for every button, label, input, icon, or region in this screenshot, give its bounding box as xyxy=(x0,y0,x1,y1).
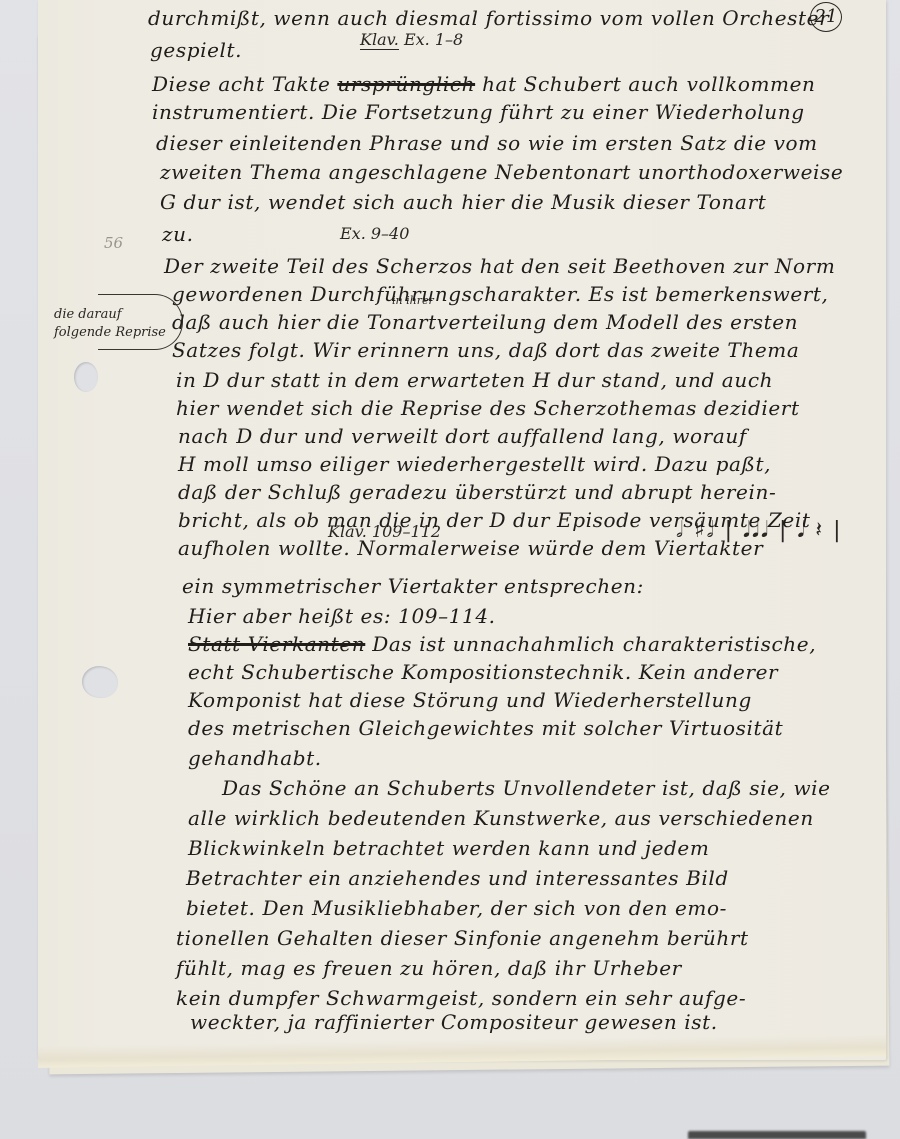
text-line: aufholen wollte. Normalerweise würde dem… xyxy=(178,536,763,560)
reference-klav-1-8: Klav. Ex. 1–8 xyxy=(360,30,463,49)
text-line: durchmißt, wenn auch diesmal fortissimo … xyxy=(148,6,829,30)
text-line: zweiten Thema angeschlagene Nebentonart … xyxy=(160,160,843,184)
text-line: kein dumpfer Schwarmgeist, sondern ein s… xyxy=(176,986,746,1010)
text-line: nach D dur und verweilt dort auffallend … xyxy=(178,424,747,448)
text-line: fühlt, mag es freuen zu hören, daß ihr U… xyxy=(176,956,682,980)
text-line: Statt Vierkanten Das ist unnachahmlich c… xyxy=(188,632,816,656)
punch-hole-top xyxy=(74,362,98,392)
archive-pencil-number: 56 xyxy=(104,234,123,252)
text-line: gehandhabt. xyxy=(188,746,322,770)
text-line: bricht, als ob man die in der D dur Epis… xyxy=(178,508,810,532)
text-line: zu. xyxy=(162,222,194,246)
text-line: G dur ist, wendet sich auch hier die Mus… xyxy=(160,190,766,214)
punch-hole-bottom xyxy=(82,666,118,698)
text-line: ein symmetrischer Viertakter entsprechen… xyxy=(182,574,644,598)
text-line-start: Diese acht Takte xyxy=(152,72,337,96)
reference-range: Ex. 1–8 xyxy=(404,30,463,49)
text-line: Das Schöne an Schuberts Unvollendeter is… xyxy=(222,776,831,800)
text-line: alle wirklich bedeutenden Kunstwerke, au… xyxy=(188,806,814,830)
text-line: Blickwinkeln betrachtet werden kann und … xyxy=(188,836,709,860)
text-line: instrumentiert. Die Fortsetzung führt zu… xyxy=(152,100,805,124)
text-line: Diese acht Takte ursprünglich hat Schube… xyxy=(152,72,816,96)
reference-label: Klav. xyxy=(360,30,399,50)
text-line: bietet. Den Musikliebhaber, der sich von… xyxy=(186,896,727,920)
text-line: daß auch hier die Tonartverteilung dem M… xyxy=(172,310,798,334)
text-line: tionellen Gehalten dieser Sinfonie angen… xyxy=(176,926,749,950)
text-line: H moll umso eiliger wiederhergestellt wi… xyxy=(178,452,771,476)
struck-words: Statt Vierkanten xyxy=(188,632,365,656)
text-line: Betrachter ein anziehendes und interessa… xyxy=(186,866,729,890)
text-line-end: hat Schubert auch vollkommen xyxy=(475,72,815,96)
text-line: Satzes folgt. Wir erinnern uns, daß dort… xyxy=(172,338,799,362)
margin-note: die darauf folgende Reprise xyxy=(54,306,184,342)
text-line: des metrischen Gleichgewichtes mit solch… xyxy=(188,716,783,740)
text-line: Hier aber heißt es: 109–114. xyxy=(188,604,496,628)
text-line: echt Schubertische Kompositionstechnik. … xyxy=(188,660,778,684)
scanner-edge xyxy=(688,1131,866,1139)
text-line: gespielt. xyxy=(150,38,242,62)
margin-note-line2: folgende Reprise xyxy=(54,324,184,342)
struck-word: ursprünglich xyxy=(337,72,475,96)
text-line-end: Das ist unnachahmlich charakteristische, xyxy=(365,632,816,656)
text-line: weckter, ja raffinierter Compositeur gew… xyxy=(190,1010,718,1034)
text-line: Der zweite Teil des Scherzos hat den sei… xyxy=(164,254,835,278)
text-line: Komponist hat diese Störung und Wiederhe… xyxy=(188,688,752,712)
reference-ex-9-40: Ex. 9–40 xyxy=(340,224,409,243)
text-line: hier wendet sich die Reprise des Scherzo… xyxy=(176,396,800,420)
text-line: dieser einleitenden Phrase und so wie im… xyxy=(156,131,818,155)
text-line: in D dur statt in dem erwarteten H dur s… xyxy=(176,368,773,392)
text-line: gewordenen Durchführungscharakter. Es is… xyxy=(172,282,829,306)
text-line: daß der Schluß geradezu überstürzt und a… xyxy=(178,480,776,504)
margin-note-line1: die darauf xyxy=(54,306,184,324)
